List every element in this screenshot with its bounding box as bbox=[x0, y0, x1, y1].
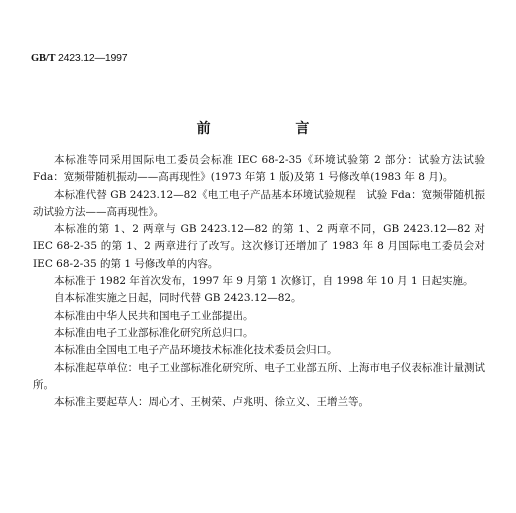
paragraph: 本标准等同采用国际电工委员会标准 IEC 68-2-35《环境试验第 2 部分：… bbox=[33, 152, 485, 187]
paragraph: 自本标准实施之日起，同时代替 GB 2423.12—82。 bbox=[33, 290, 485, 307]
paragraph: 本标准主要起草人：周心才、王树荣、卢兆明、徐立义、王增兰等。 bbox=[33, 394, 485, 411]
paragraph: 本标准的第 1、2 两章与 GB 2423.12—82 的第 1、2 两章不同，… bbox=[33, 221, 485, 273]
page-title: 前 言 bbox=[0, 118, 516, 138]
standard-number: 2423.12—1997 bbox=[58, 52, 127, 64]
paragraph: 本标准由中华人民共和国电子工业部提出。 bbox=[33, 308, 485, 325]
paragraph: 本标准代替 GB 2423.12—82《电工电子产品基本环境试验规程 试验 Fd… bbox=[33, 187, 485, 222]
paragraph: 本标准于 1982 年首次发布，1997 年 9 月第 1 次修订，自 1998… bbox=[33, 273, 485, 290]
paragraph: 本标准由电子工业部标准化研究所总归口。 bbox=[33, 325, 485, 342]
standard-prefix: GB/T bbox=[31, 53, 55, 64]
paragraph: 本标准起草单位：电子工业部标准化研究所、电子工业部五所、上海市电子仪表标准计量测… bbox=[33, 360, 485, 395]
standard-code: GB/T 2423.12—1997 bbox=[31, 52, 127, 64]
foreword-body: 本标准等同采用国际电工委员会标准 IEC 68-2-35《环境试验第 2 部分：… bbox=[33, 152, 485, 411]
paragraph: 本标准由全国电工电子产品环境技术标准化技术委员会归口。 bbox=[33, 342, 485, 359]
